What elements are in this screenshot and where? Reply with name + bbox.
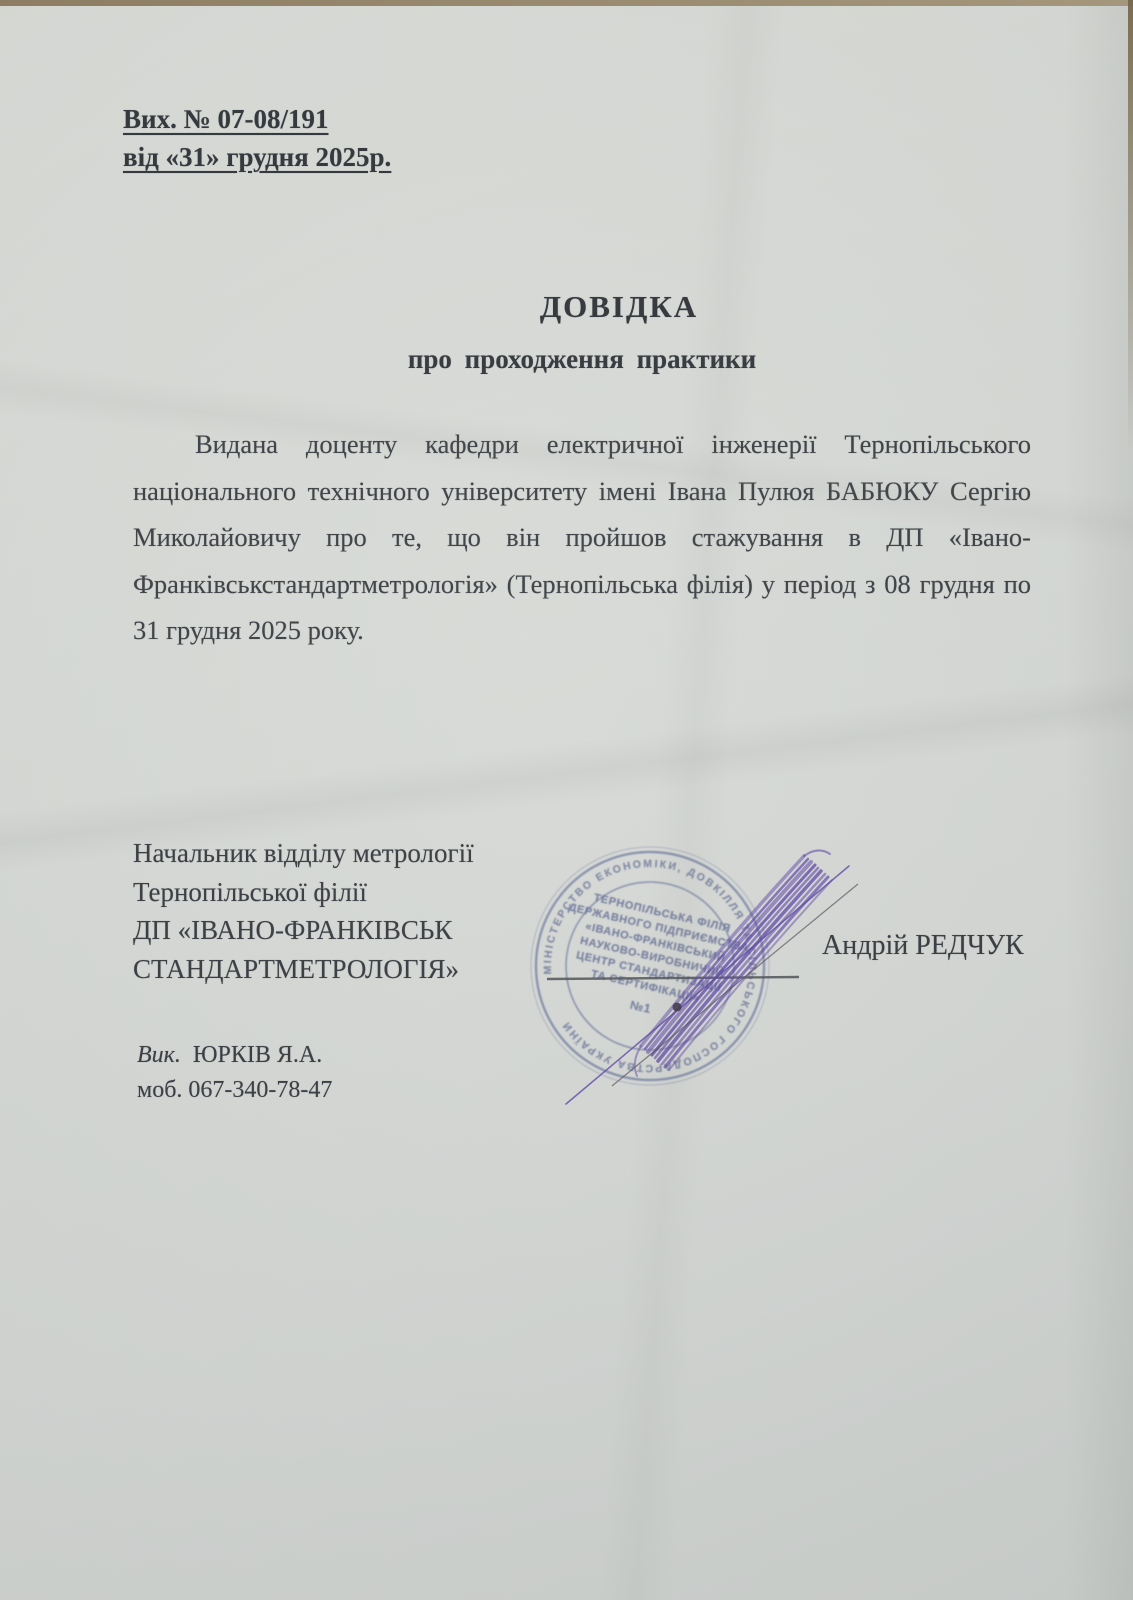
- document-subtitle: про проходження практики: [133, 344, 1031, 375]
- body-line: національного технічного університету ім…: [133, 468, 1031, 515]
- signatory-position-block: Начальник відділу метрології Тернопільсь…: [133, 834, 474, 988]
- document-title: ДОВІДКА: [170, 289, 1068, 325]
- ref-date: від «31» грудня 2025р.: [123, 138, 391, 176]
- executor-block: Вик. ЮРКІВ Я.А. моб. 067-340-78-47: [137, 1038, 332, 1108]
- signatory-position-line: ДП «ІВАНО-ФРАНКІВСЬК: [133, 911, 474, 950]
- signatory-position-line: Начальник відділу метрології: [133, 834, 474, 873]
- body-line: Франківськстандартметрологія» (Тернопіль…: [133, 561, 1031, 608]
- signatory-name: Андрій РЕДЧУК: [822, 930, 1024, 962]
- body-line: Миколайовичу про те, що він пройшов стаж…: [133, 514, 1031, 561]
- reference-block: Вих. № 07-08/191 від «31» грудня 2025р.: [123, 100, 391, 176]
- body-line: Видана доценту кафедри електричної інжен…: [133, 421, 1031, 468]
- ref-number: Вих. № 07-08/191: [123, 100, 391, 138]
- executor-line: Вик. ЮРКІВ Я.А.: [137, 1038, 332, 1073]
- signatory-position-line: СТАНДАРТМЕТРОЛОГІЯ»: [133, 950, 474, 989]
- executor-phone-label: моб.: [137, 1077, 182, 1103]
- photo-background: Вих. № 07-08/191 від «31» грудня 2025р. …: [0, 0, 1133, 1600]
- document-page: Вих. № 07-08/191 від «31» грудня 2025р. …: [0, 6, 1133, 1600]
- signatory-position-line: Тернопільської філії: [133, 873, 474, 912]
- body-paragraph: Видана доценту кафедри електричної інжен…: [133, 421, 1031, 654]
- signature-scribble: [0, 6, 1133, 1600]
- official-stamp: МІНІСТЕРСТВО ЕКОНОМІКИ, ДОВКІЛЛЯ ТА СІЛЬ…: [492, 808, 809, 1125]
- body-line: 31 грудня 2025 року.: [133, 607, 1031, 654]
- executor-label: Вик.: [137, 1042, 181, 1068]
- executor-phone: 067-340-78-47: [188, 1077, 332, 1103]
- paper-edge-shadow: [1128, 0, 1133, 470]
- paper-creases: [0, 6, 1133, 1600]
- executor-phone-line: моб. 067-340-78-47: [137, 1073, 332, 1108]
- executor-name: ЮРКІВ Я.А.: [193, 1042, 322, 1068]
- title-block: ДОВІДКА про проходження практики: [133, 289, 1031, 375]
